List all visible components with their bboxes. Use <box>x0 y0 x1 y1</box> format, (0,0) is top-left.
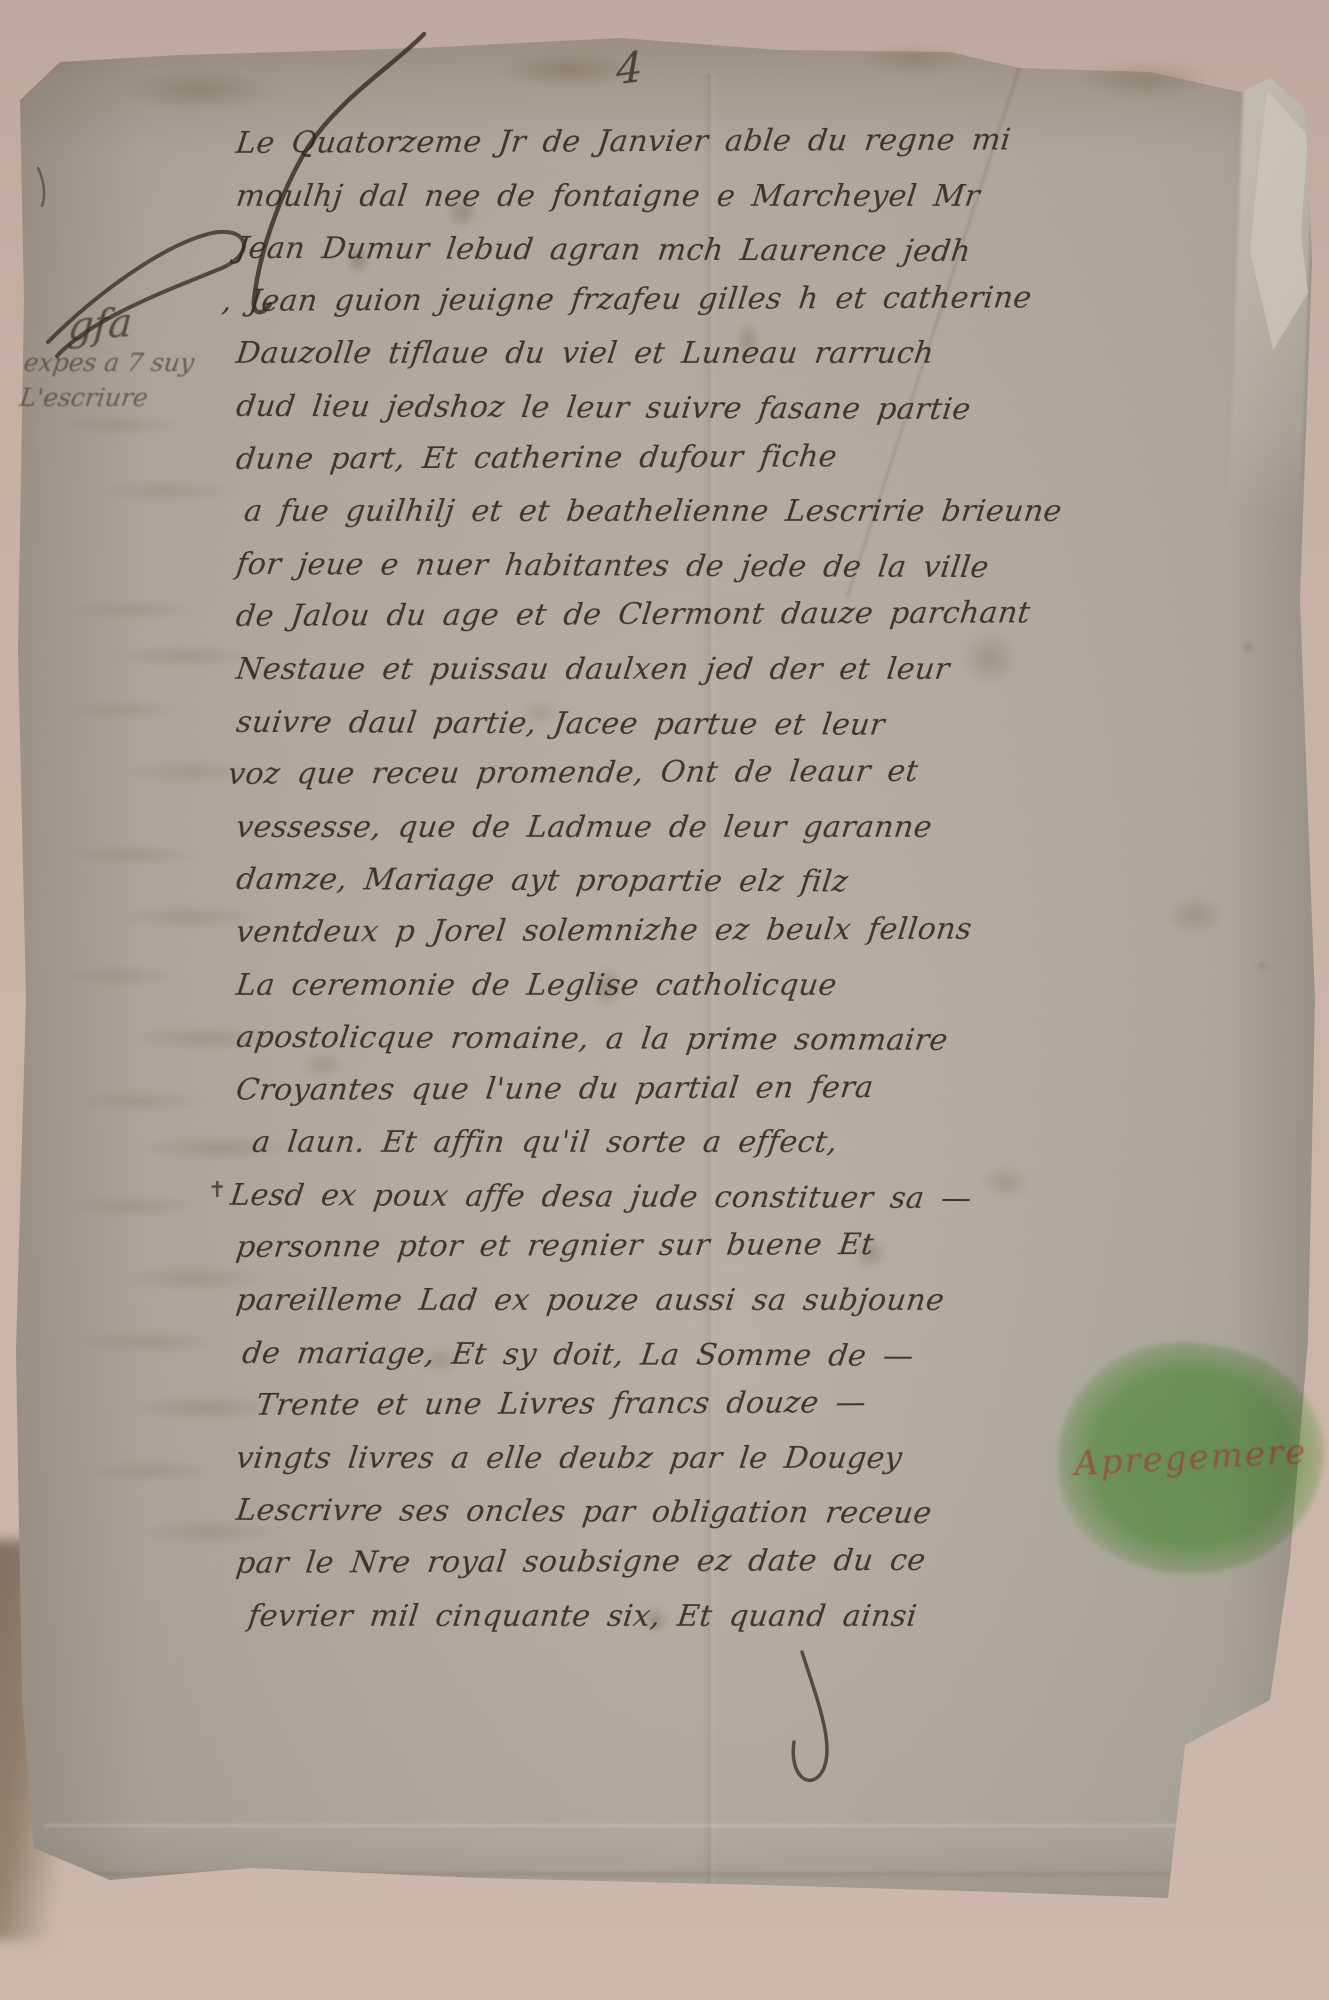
horizontal-crease <box>54 1872 1194 1876</box>
manuscript-line: Jean Dumur lebud agran mch Laurence jedh <box>232 231 1038 287</box>
manuscript-line: personne ptor et regnier sur buene Et <box>232 1227 1039 1283</box>
marginal-paraph: gfa <box>67 295 196 350</box>
manuscript-line: voz que receu promende, Ont de leaur et <box>224 754 1039 810</box>
manuscript-line: Dauzolle tiflaue du viel et Luneau rarru… <box>232 336 1038 389</box>
manuscript-line: dud lieu jedshoz le leur suivre fasane p… <box>232 389 1038 445</box>
manuscript-line: pareilleme Lad ex pouze aussi sa subjoun… <box>232 1283 1038 1336</box>
marginal-ink-mark: ✝ <box>208 1178 226 1203</box>
manuscript-line: La ceremonie de Leglise catholicque <box>232 968 1038 1021</box>
bottom-edge-shading <box>14 1834 1316 1904</box>
manuscript-line: ventdeux p Jorel solemnizhe ez beulx fel… <box>232 911 1039 967</box>
manuscript-line: moulhj dal nee de fontaigne e Marcheyel … <box>232 179 1038 232</box>
manuscript-line: vessesse, que de Ladmue de leur garanne <box>232 810 1038 863</box>
archive-watermark-stamp: Apregemere <box>1058 1342 1324 1574</box>
manuscript-line: Nestaue et puissau daulxen jed der et le… <box>232 652 1038 705</box>
manuscript-line: a laun. Et affin qu'il sorte a effect, <box>248 1125 1038 1178</box>
marginal-annotation: gfa expes a 7 suy L'escriure <box>24 300 194 412</box>
manuscript-line: de Jalou du age et de Clermont dauze par… <box>232 596 1039 652</box>
manuscript-line: Trente et une Livres francs douze — <box>252 1385 1039 1441</box>
manuscript-line: Croyantes que l'une du partial en fera <box>232 1069 1039 1125</box>
manuscript-line: apostolicque romaine, a la prime sommair… <box>232 1020 1038 1076</box>
manuscript-line: Lescrivre ses oncles par obligation rece… <box>232 1493 1038 1549</box>
marginal-note-line: L'escriure <box>18 383 196 412</box>
manuscript-line: a fue guilhilj et et beathelienne Lescri… <box>240 494 1038 547</box>
manuscript-line: par le Nre royal soubsigne ez date du ce <box>232 1543 1039 1599</box>
manuscript-line: Lesd ex poux affe desa jude constituer s… <box>226 1178 1038 1234</box>
manuscript-line: , Jean guion jeuigne frzafeu gilles h et… <box>218 280 1039 336</box>
manuscript-line: damze, Mariage ayt propartie elz filz <box>232 862 1038 918</box>
manuscript-text-block: Le Quatorzeme Jr de Janvier able du regn… <box>232 126 1032 1651</box>
manuscript-line: de mariage, Et sy doit, La Somme de — <box>238 1336 1038 1392</box>
manuscript-line: vingts livres a elle deubz par le Dougey <box>232 1441 1038 1494</box>
marginal-note-line: expes a 7 suy <box>22 348 196 377</box>
manuscript-line: for jeue e nuer habitantes de jede de la… <box>232 547 1038 603</box>
manuscript-line: suivre daul partie, Jacee partue et leur <box>232 705 1038 761</box>
horizontal-crease <box>44 1824 1204 1827</box>
manuscript-photo: { "document": { "description": "Photogra… <box>0 0 1329 2000</box>
manuscript-line: fevrier mil cinquante six, Et quand ains… <box>244 1599 1038 1652</box>
page-number: 4 <box>616 42 643 95</box>
manuscript-line: Le Quatorzeme Jr de Janvier able du regn… <box>232 123 1039 179</box>
manuscript-line: dune part, Et catherine dufour fiche <box>232 438 1039 494</box>
